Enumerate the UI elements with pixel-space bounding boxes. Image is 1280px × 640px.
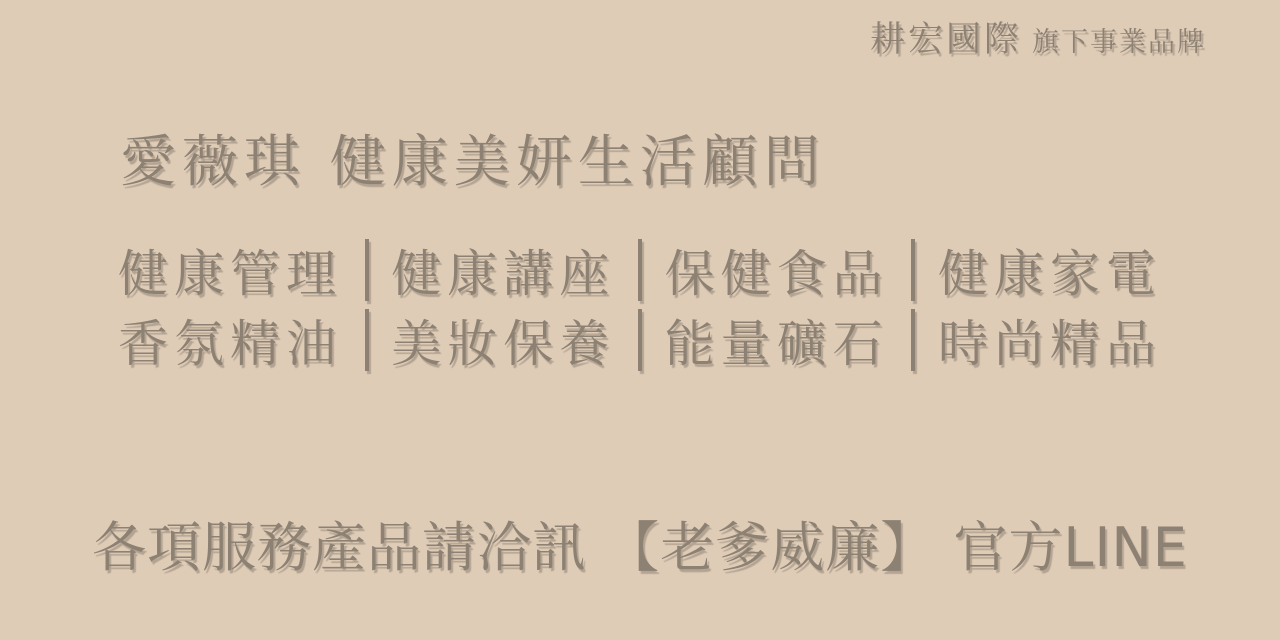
service-item: 香氛精油 — [118, 304, 342, 376]
brand-name: 耕宏國際 — [870, 12, 1022, 62]
page-title: 愛薇琪 健康美妍生活顧問 — [120, 118, 826, 198]
separator-bar — [365, 309, 369, 371]
service-row-2: 香氛精油 美妝保養 能量礦石 時尚精品 — [118, 305, 1162, 375]
promo-banner: 耕宏國際 旗下事業品牌 愛薇琪 健康美妍生活顧問 健康管理 健康講座 保健食品 … — [0, 0, 1280, 640]
separator-bar — [638, 239, 642, 301]
contact-line: 各項服務產品請洽訊 【老爹威廉】 官方LINE — [0, 505, 1280, 582]
service-item: 時尚精品 — [938, 304, 1162, 376]
services-list: 健康管理 健康講座 保健食品 健康家電 香氛精油 美妝保養 能量礦石 時尚精品 — [118, 235, 1162, 375]
separator-bar — [911, 309, 915, 371]
brand-suffix: 旗下事業品牌 — [1032, 20, 1206, 59]
separator-bar — [911, 239, 915, 301]
service-item: 健康家電 — [938, 234, 1162, 306]
service-item: 美妝保養 — [391, 304, 615, 376]
service-item: 健康管理 — [118, 234, 342, 306]
service-item: 能量礦石 — [665, 304, 889, 376]
service-row-1: 健康管理 健康講座 保健食品 健康家電 — [118, 235, 1162, 305]
brand-line: 耕宏國際 旗下事業品牌 — [870, 12, 1206, 62]
separator-bar — [365, 239, 369, 301]
separator-bar — [638, 309, 642, 371]
service-item: 健康講座 — [391, 234, 615, 306]
service-item: 保健食品 — [665, 234, 889, 306]
